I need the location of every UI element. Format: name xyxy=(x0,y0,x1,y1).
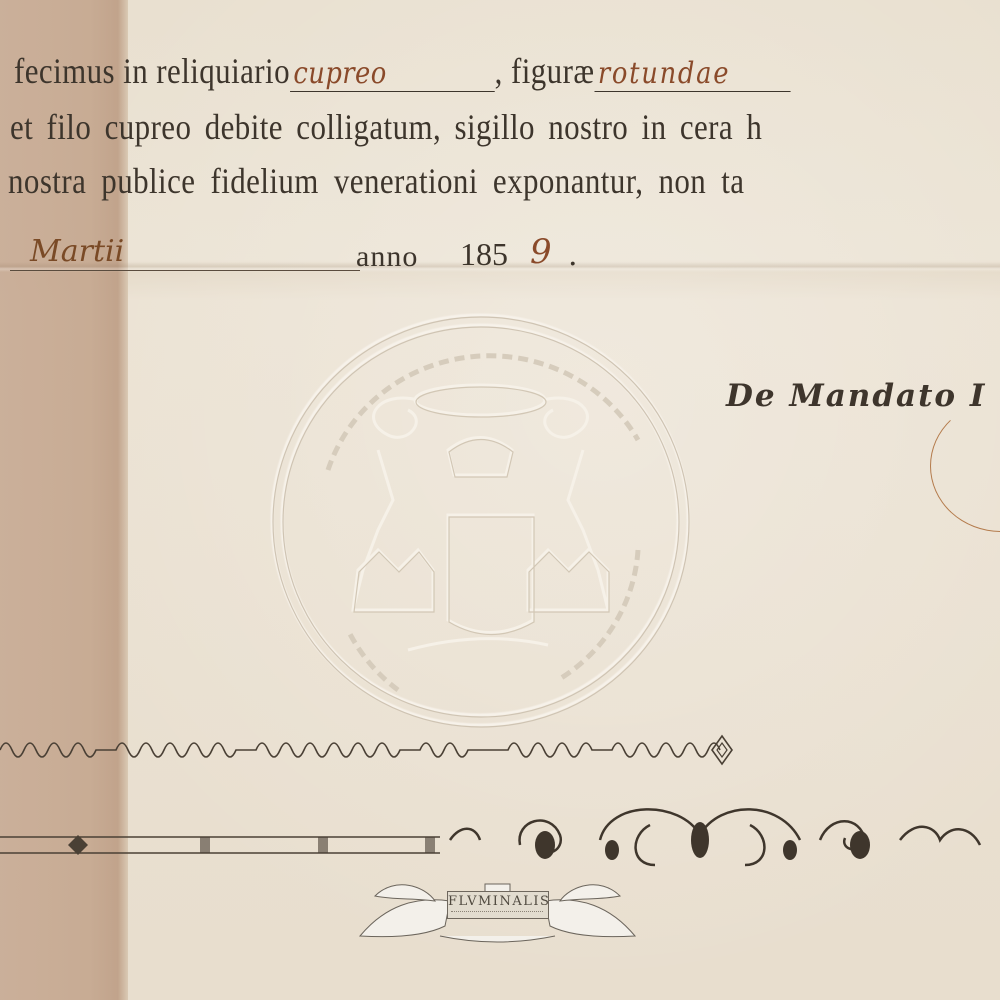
text-line-2: et filo cupreo debite colligatum, sigill… xyxy=(10,106,762,148)
watermark-subtitle-rule xyxy=(451,911,543,915)
mandate-text: De Mandato I xyxy=(726,378,986,414)
year-period: . xyxy=(568,238,578,273)
line1-middle: , figuræ xyxy=(495,51,595,91)
floral-ornament-rule-icon xyxy=(0,795,1000,870)
embossed-seal-icon xyxy=(258,300,703,740)
watermark-logo: FLVMINALIS xyxy=(355,866,640,946)
handwritten-shape: rotundae xyxy=(594,57,790,92)
year-printed: 185 xyxy=(460,236,508,273)
wavy-ornament-rule-icon xyxy=(0,730,1000,770)
line1-prefix: fecimus in reliquiario xyxy=(14,51,290,91)
text-line-1: fecimus in reliquiariocupreo, figurærotu… xyxy=(14,50,790,92)
anno-label: anno xyxy=(356,240,418,274)
handwritten-material: cupreo xyxy=(290,57,495,92)
date-line: Martii anno 185 9 . xyxy=(0,232,650,276)
text-line-3: nostra publice fidelium venerationi expo… xyxy=(8,160,744,202)
handwritten-month: Martii xyxy=(10,234,360,271)
year-handwritten-digit: 9 xyxy=(530,232,552,272)
